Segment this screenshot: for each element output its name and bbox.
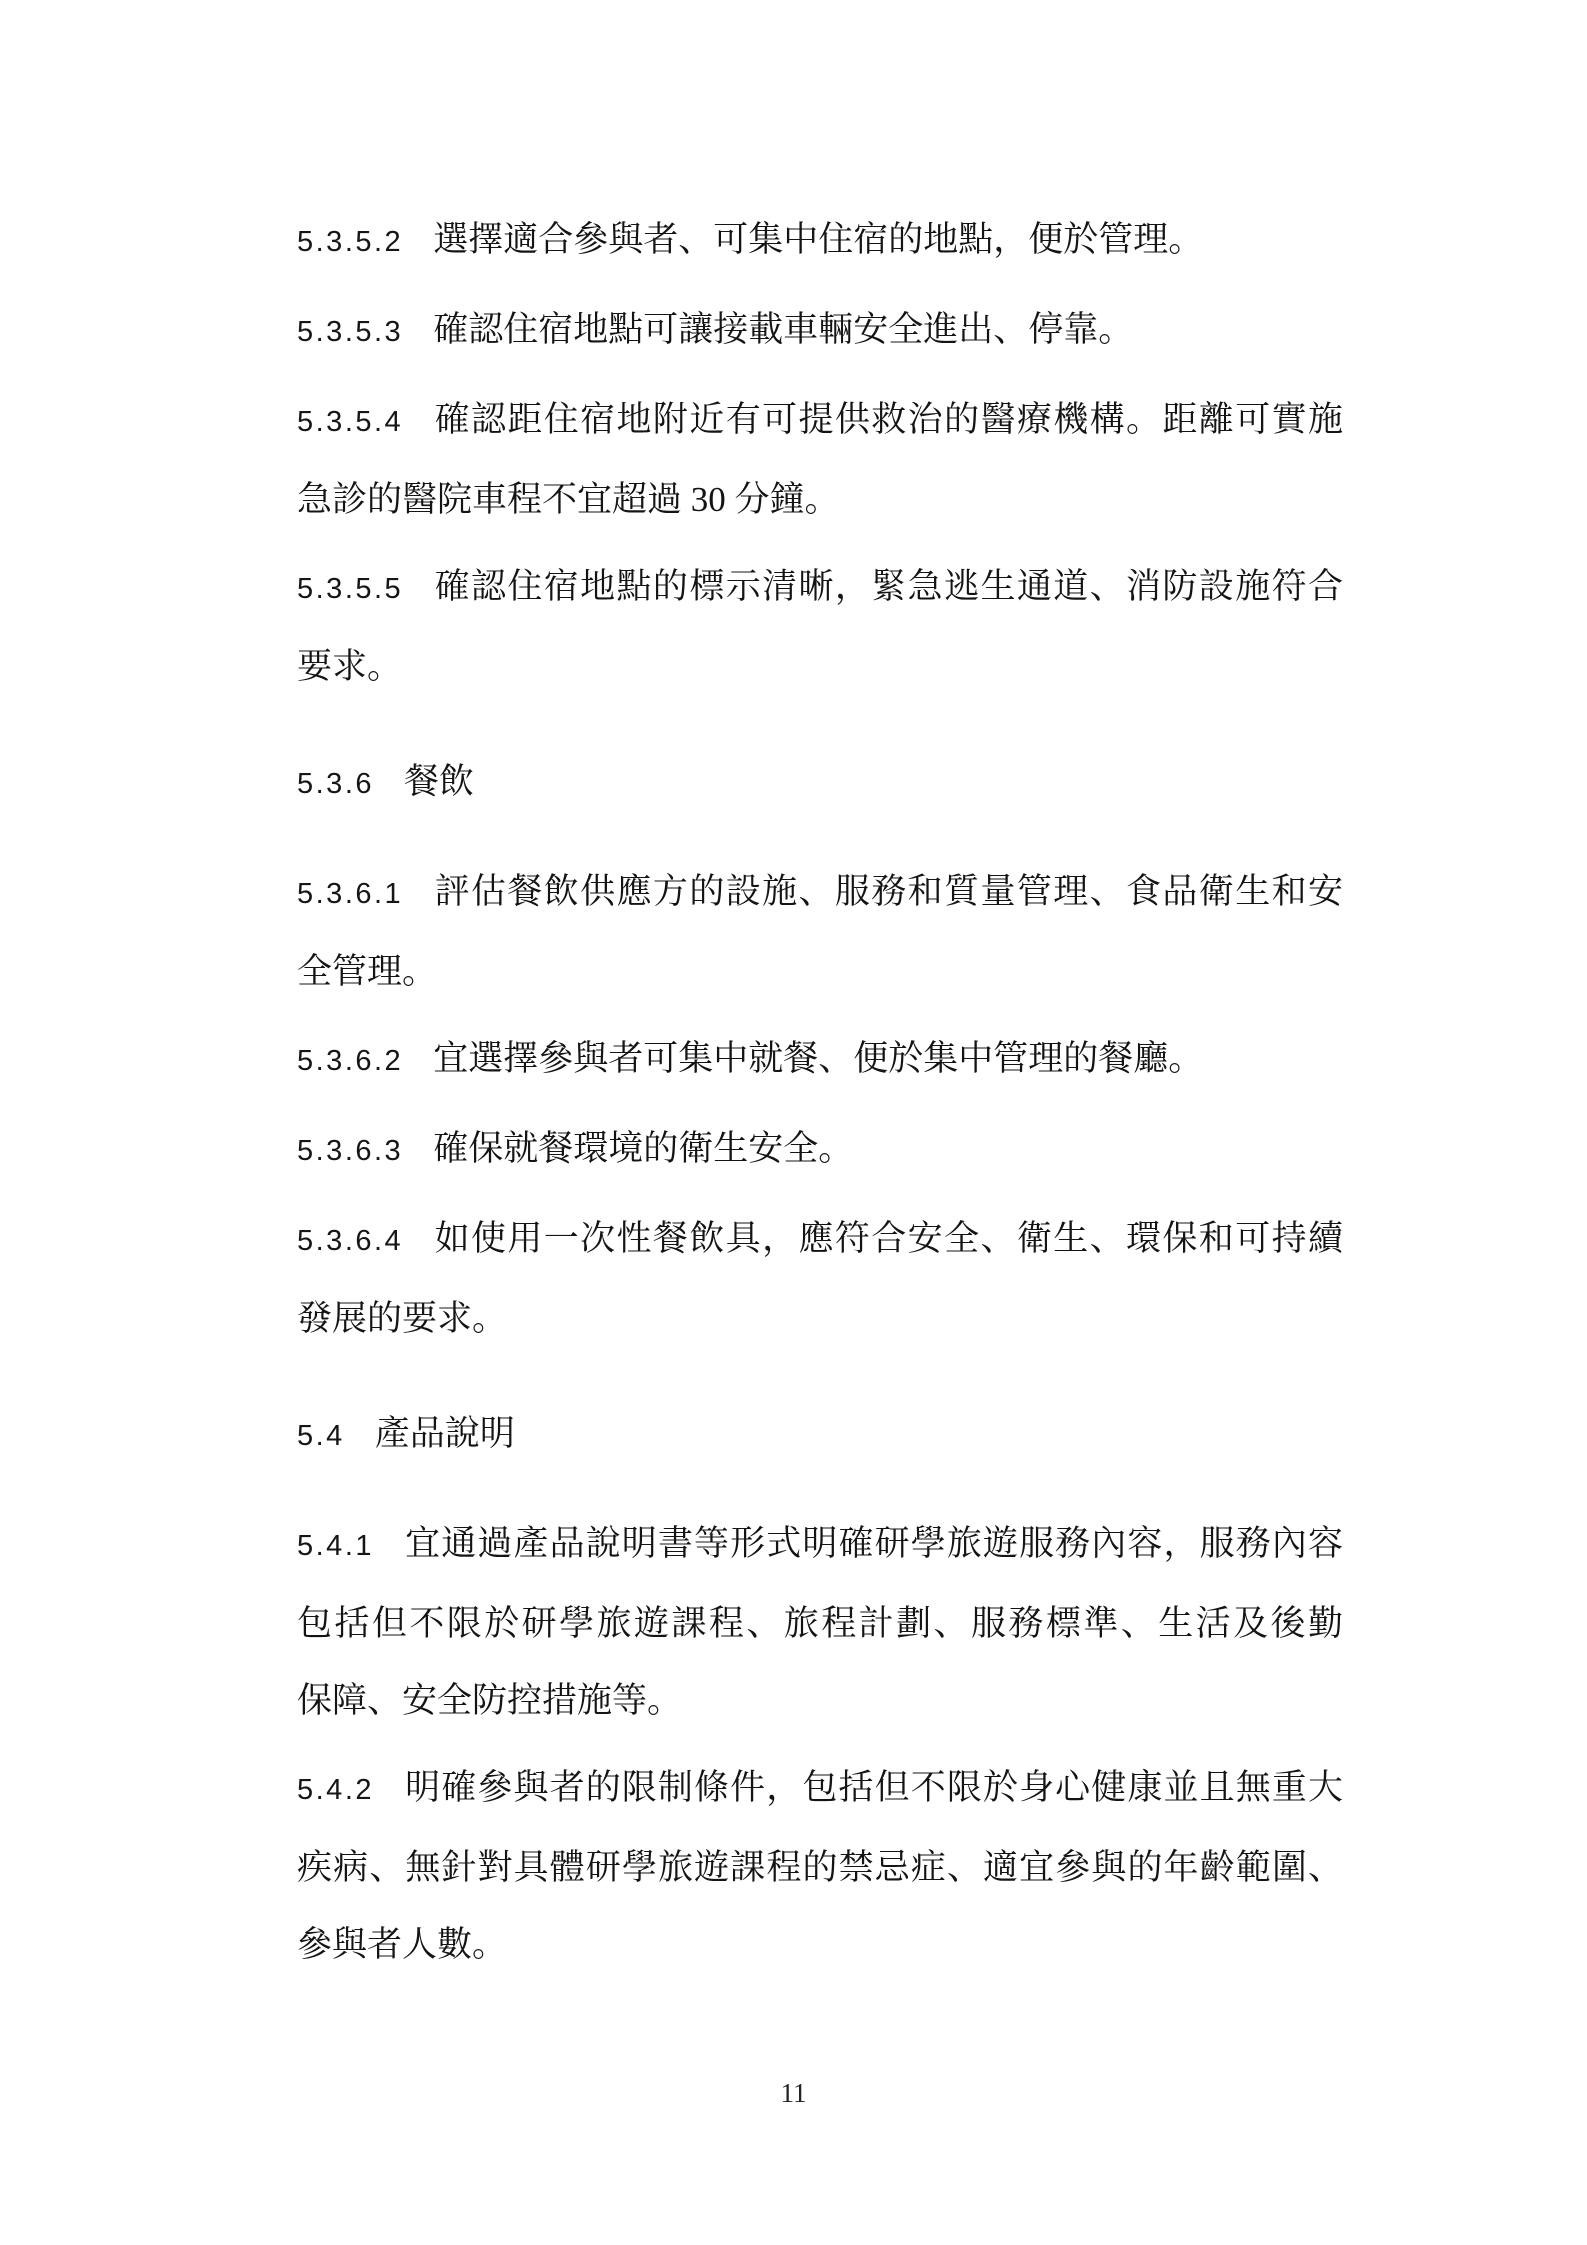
clause-text: 疾病、無針對具體研學旅遊課程的禁忌症、適宜參與的年齡範圍、 [297, 1848, 1343, 1887]
clause-number: 5.3.6.1 [297, 878, 403, 910]
clause-text: 宜通過產品說明書等形式明確研學旅遊服務內容，服務內容 [404, 1524, 1343, 1563]
clause-number: 5.3.5.4 [297, 406, 403, 438]
paragraph: 5.4.2明確參與者的限制條件，包括但不限於身心健康並且無重大疾病、無針對具體研… [297, 1749, 1343, 1983]
clause-text: 選擇適合參與者、可集中住宿的地點，便於管理。 [433, 220, 1203, 259]
paragraph-line: 發展的要求。 [297, 1280, 1343, 1357]
clause-number: 5.3.6.4 [297, 1225, 403, 1257]
document-page: 5.3.5.2選擇適合參與者、可集中住宿的地點，便於管理。5.3.5.3確認住宿… [0, 0, 1587, 2245]
clause-text: 宜選擇參與者可集中就餐、便於集中管理的餐廳。 [433, 1039, 1203, 1078]
paragraph-line: 參與者人數。 [297, 1906, 1343, 1983]
paragraph: 5.3.6.4如使用一次性餐飲具，應符合安全、衛生、環保和可持續發展的要求。 [297, 1200, 1343, 1357]
page-number: 11 [0, 2078, 1587, 2109]
paragraph-line: 急診的醫院車程不宜超過 30 分鐘。 [297, 461, 1343, 538]
clause-text: 評估餐飲供應方的設施、服務和質量管理、食品衛生和安 [433, 872, 1343, 911]
section-heading: 5.4產品說明 [297, 1395, 1343, 1475]
clause-number: 5.4.2 [297, 1774, 374, 1806]
paragraph-line: 5.4.1宜通過產品說明書等形式明確研學旅遊服務內容，服務內容 [297, 1505, 1343, 1585]
paragraph: 5.3.6.1評估餐飲供應方的設施、服務和質量管理、食品衛生和安全管理。 [297, 853, 1343, 1010]
section-number: 5.4 [297, 1420, 345, 1452]
paragraph-line: 疾病、無針對具體研學旅遊課程的禁忌症、適宜參與的年齡範圍、 [297, 1829, 1343, 1906]
paragraph-line: 5.3.5.5確認住宿地點的標示清晰，緊急逃生通道、消防設施符合 [297, 548, 1343, 628]
clause-text: 保障、安全防控措施等。 [297, 1681, 682, 1720]
clause-text: 產品說明 [375, 1414, 515, 1453]
clause-text: 發展的要求。 [297, 1299, 507, 1338]
clause-number: 5.3.6.2 [297, 1045, 403, 1077]
paragraph-line: 5.3.6.3確保就餐環境的衛生安全。 [297, 1110, 1343, 1190]
paragraph-line: 5.3.6.2宜選擇參與者可集中就餐、便於集中管理的餐廳。 [297, 1020, 1343, 1100]
section-heading: 5.3.6餐飲 [297, 743, 1343, 823]
clause-text: 確認距住宿地附近有可提供救治的醫療機構。距離可實施 [433, 400, 1343, 439]
clause-number: 5.3.5.5 [297, 573, 403, 605]
clause-number: 5.3.6.3 [297, 1135, 403, 1167]
paragraph-line: 保障、安全防控措施等。 [297, 1662, 1343, 1739]
clause-text: 參與者人數。 [297, 1925, 507, 1964]
clause-number: 5.3.5.2 [297, 226, 403, 258]
clause-text: 如使用一次性餐飲具，應符合安全、衛生、環保和可持續 [433, 1219, 1343, 1258]
paragraph-line: 全管理。 [297, 933, 1343, 1010]
paragraph: 5.3.5.2選擇適合參與者、可集中住宿的地點，便於管理。 [297, 201, 1343, 281]
paragraph: 5.3.6.3確保就餐環境的衛生安全。 [297, 1110, 1343, 1190]
clause-text: 急診的醫院車程不宜超過 30 分鐘。 [297, 480, 840, 519]
paragraph-line: 5.3.5.2選擇適合參與者、可集中住宿的地點，便於管理。 [297, 201, 1343, 281]
paragraph-line: 5.3.5.4確認距住宿地附近有可提供救治的醫療機構。距離可實施 [297, 381, 1343, 461]
paragraph: 5.3.5.3確認住宿地點可讓接載車輛安全進出、停靠。 [297, 291, 1343, 371]
paragraph: 5.4.1宜通過產品說明書等形式明確研學旅遊服務內容，服務內容包括但不限於研學旅… [297, 1505, 1343, 1739]
paragraph-line: 5.3.6.1評估餐飲供應方的設施、服務和質量管理、食品衛生和安 [297, 853, 1343, 933]
clause-number: 5.3.5.3 [297, 316, 403, 348]
paragraph: 5.3.5.4確認距住宿地附近有可提供救治的醫療機構。距離可實施急診的醫院車程不… [297, 381, 1343, 538]
clause-number: 5.4.1 [297, 1530, 374, 1562]
clause-text: 要求。 [297, 647, 402, 686]
paragraph-line: 5.3.6餐飲 [297, 743, 1343, 823]
paragraph: 5.3.5.5確認住宿地點的標示清晰，緊急逃生通道、消防設施符合要求。 [297, 548, 1343, 705]
clause-text: 確認住宿地點可讓接載車輛安全進出、停靠。 [433, 310, 1133, 349]
clause-text: 明確參與者的限制條件，包括但不限於身心健康並且無重大 [404, 1768, 1343, 1807]
paragraph: 5.3.6.2宜選擇參與者可集中就餐、便於集中管理的餐廳。 [297, 1020, 1343, 1100]
section-number: 5.3.6 [297, 768, 374, 800]
paragraph-line: 要求。 [297, 628, 1343, 705]
clause-text: 確保就餐環境的衛生安全。 [433, 1129, 853, 1168]
paragraph-line: 5.4.2明確參與者的限制條件，包括但不限於身心健康並且無重大 [297, 1749, 1343, 1829]
clause-text: 確認住宿地點的標示清晰，緊急逃生通道、消防設施符合 [433, 567, 1343, 606]
paragraph-line: 包括但不限於研學旅遊課程、旅程計劃、服務標準、生活及後勤 [297, 1585, 1343, 1662]
paragraph-line: 5.4產品說明 [297, 1395, 1343, 1475]
clause-text: 全管理。 [297, 952, 437, 991]
paragraph-line: 5.3.6.4如使用一次性餐飲具，應符合安全、衛生、環保和可持續 [297, 1200, 1343, 1280]
paragraph-line: 5.3.5.3確認住宿地點可讓接載車輛安全進出、停靠。 [297, 291, 1343, 371]
clause-text: 餐飲 [404, 762, 474, 801]
clause-text: 包括但不限於研學旅遊課程、旅程計劃、服務標準、生活及後勤 [297, 1604, 1343, 1643]
body-text: 5.3.5.2選擇適合參與者、可集中住宿的地點，便於管理。5.3.5.3確認住宿… [297, 201, 1343, 1983]
